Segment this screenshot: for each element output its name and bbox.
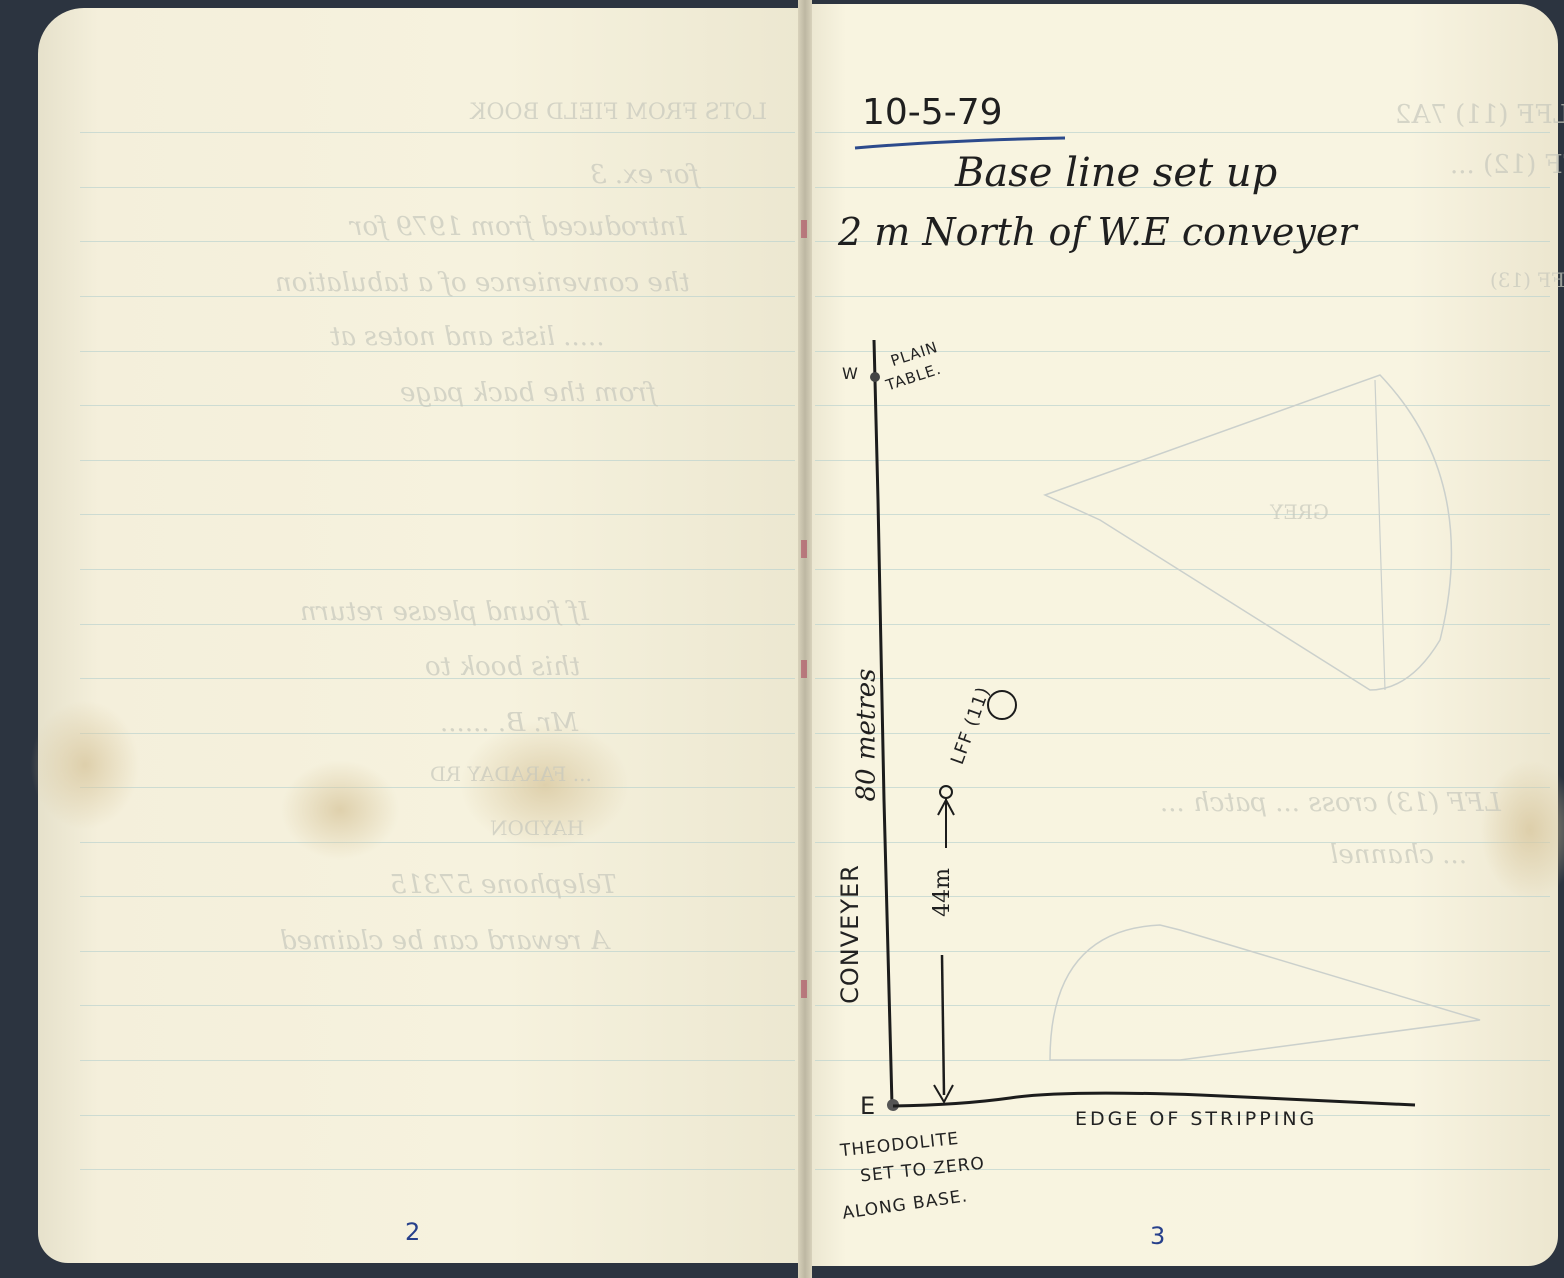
left-page-number: 2 (405, 1218, 420, 1246)
point-e-label: E (860, 1092, 876, 1120)
length-label: 80 metres (852, 669, 882, 802)
diagram-lines (0, 0, 1564, 1278)
edge-of-stripping-label: EDGE OF STRIPPING (1075, 1108, 1317, 1130)
conveyer-label: CONVEYER (836, 864, 864, 1004)
right-page-number: 3 (1150, 1222, 1165, 1250)
offset-label: 44m (930, 868, 955, 917)
point-w-label: W (842, 364, 859, 383)
